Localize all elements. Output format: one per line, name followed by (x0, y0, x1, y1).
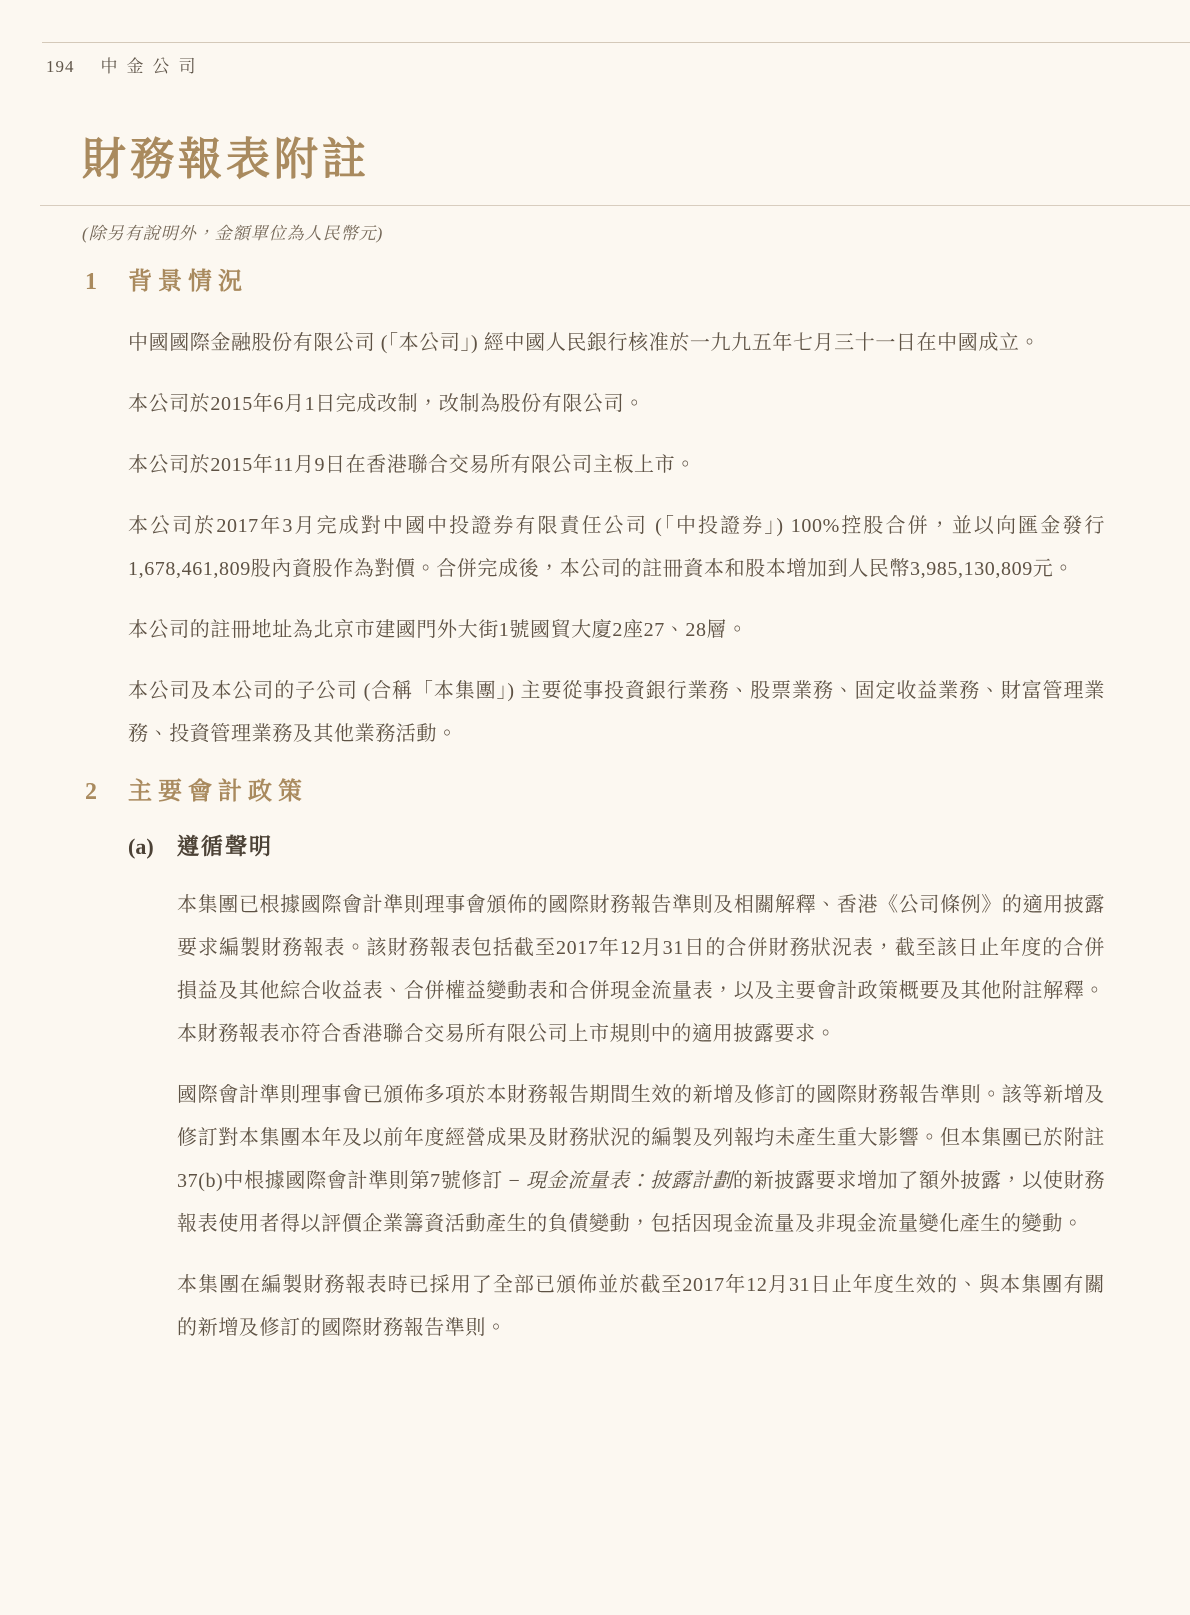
amounts-note: (除另有說明外，金額單位為人民幣元) (82, 219, 383, 244)
text-run: 本集團已根據國際會計準則理事會頒佈的國際財務報告準則及相關解釋、香港《公司條例》… (177, 894, 1105, 1045)
section-body: (a) 遵循聲明 本集團已根據國際會計準則理事會頒佈的國際財務報告準則及相關解釋… (0, 832, 1190, 1350)
text-run: 本公司於2017年3月完成對中國中投證券有限責任公司 (「中投證券」) 100%… (128, 515, 1105, 580)
text-run: 本公司於2015年6月1日完成改制，改制為股份有限公司。 (128, 393, 645, 415)
subsection-body: 本集團已根據國際會計準則理事會頒佈的國際財務報告準則及相關解釋、香港《公司條例》… (128, 884, 1105, 1350)
section-heading: 背景情況 (128, 266, 248, 298)
paragraph: 本公司於2015年11月9日在香港聯合交易所有限公司主板上市。 (128, 444, 1105, 487)
page-number: 194 (46, 57, 75, 77)
header-rule (42, 42, 1190, 43)
section-number: 2 (85, 776, 128, 808)
paragraph: 本集團在編製財務報表時已採用了全部已頒佈並於截至2017年12月31日止年度生效… (177, 1264, 1105, 1350)
company-name: 中金公司 (101, 52, 205, 77)
subsection-heading-row: (a) 遵循聲明 (128, 832, 1105, 862)
italic-text-run: 現金流量表：披露計劃 (526, 1170, 733, 1192)
paragraph: 本公司於2017年3月完成對中國中投證券有限責任公司 (「中投證券」) 100%… (128, 505, 1105, 591)
title-rule (40, 205, 1190, 206)
document-content: 1 背景情況 中國國際金融股份有限公司 (「本公司」) 經中國人民銀行核准於一九… (0, 266, 1190, 1368)
text-run: 本公司及本公司的子公司 (合稱「本集團」) 主要從事投資銀行業務、股票業務、固定… (128, 680, 1105, 745)
text-run: 本公司的註冊地址為北京市建國門外大街1號國貿大廈2座27、28層。 (128, 619, 748, 641)
subsection-label: (a) (128, 832, 177, 862)
section-heading-row: 2 主要會計政策 (0, 776, 1190, 808)
subsection-compliance-statement: (a) 遵循聲明 本集團已根據國際會計準則理事會頒佈的國際財務報告準則及相關解釋… (128, 832, 1105, 1350)
section-heading: 主要會計政策 (128, 776, 308, 808)
section-body: 中國國際金融股份有限公司 (「本公司」) 經中國人民銀行核准於一九九五年七月三十… (0, 322, 1190, 756)
section-accounting-policies: 2 主要會計政策 (a) 遵循聲明 本集團已根據國際會計準則理事會頒佈的國際財務… (0, 776, 1190, 1350)
paragraph: 本公司及本公司的子公司 (合稱「本集團」) 主要從事投資銀行業務、股票業務、固定… (128, 670, 1105, 756)
page-header: 194 中金公司 (46, 52, 205, 77)
paragraph: 本公司於2015年6月1日完成改制，改制為股份有限公司。 (128, 383, 1105, 426)
document-title: 財務報表附註 (82, 138, 370, 182)
section-number: 1 (85, 266, 128, 298)
section-background: 1 背景情況 中國國際金融股份有限公司 (「本公司」) 經中國人民銀行核准於一九… (0, 266, 1190, 756)
paragraph: 中國國際金融股份有限公司 (「本公司」) 經中國人民銀行核准於一九九五年七月三十… (128, 322, 1105, 365)
section-heading-row: 1 背景情況 (0, 266, 1190, 298)
document-page: 194 中金公司 財務報表附註 (除另有說明外，金額單位為人民幣元) 1 背景情… (0, 0, 1190, 1615)
text-run: 本公司於2015年11月9日在香港聯合交易所有限公司主板上市。 (128, 454, 696, 476)
subsection-heading: 遵循聲明 (177, 832, 273, 862)
paragraph: 本集團已根據國際會計準則理事會頒佈的國際財務報告準則及相關解釋、香港《公司條例》… (177, 884, 1105, 1056)
paragraph: 本公司的註冊地址為北京市建國門外大街1號國貿大廈2座27、28層。 (128, 609, 1105, 652)
paragraph: 國際會計準則理事會已頒佈多項於本財務報告期間生效的新增及修訂的國際財務報告準則。… (177, 1074, 1105, 1246)
text-run: 本集團在編製財務報表時已採用了全部已頒佈並於截至2017年12月31日止年度生效… (177, 1274, 1105, 1339)
text-run: 中國國際金融股份有限公司 (「本公司」) 經中國人民銀行核准於一九九五年七月三十… (128, 332, 1040, 354)
